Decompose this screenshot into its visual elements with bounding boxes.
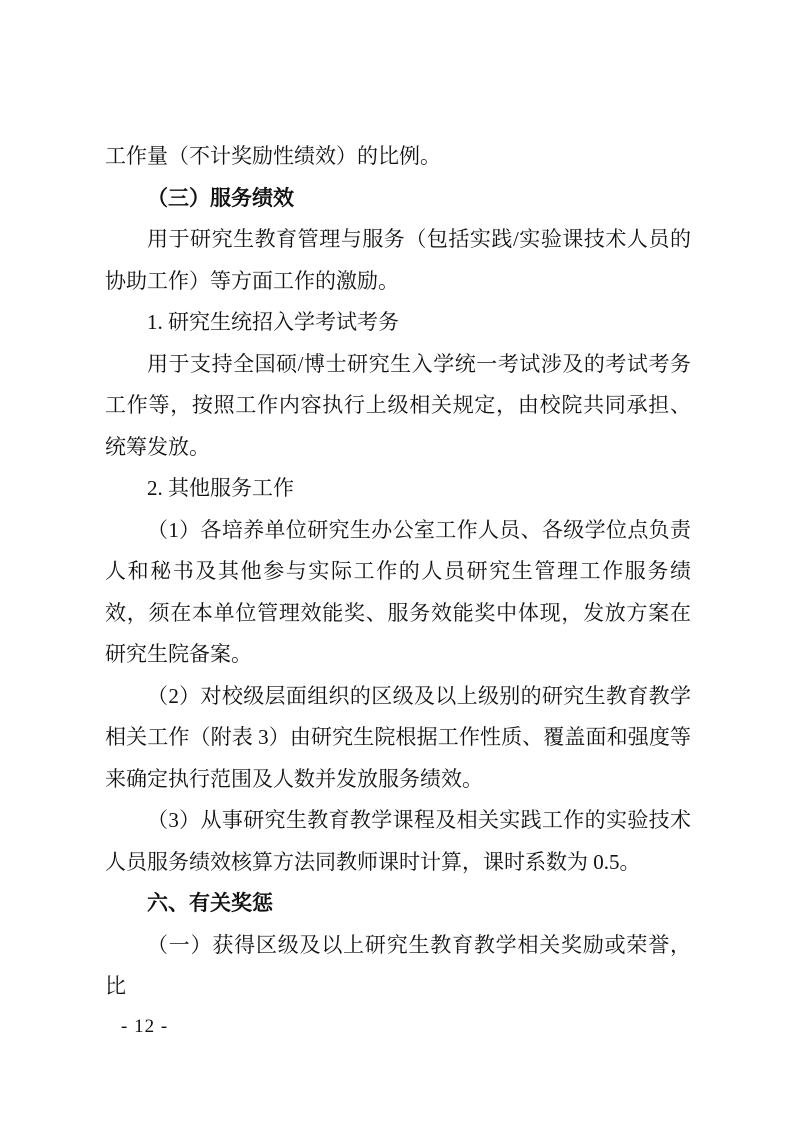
paragraph-list-item-1: 1. 研究生统招入学考试考务 (105, 302, 691, 344)
section-heading-rewards-penalties: 六、有关奖惩 (105, 883, 691, 925)
paragraph-sub-item-3: （3）从事研究生教育教学课程及相关实践工作的实验技术人员服务绩效核算方法同教师课… (105, 800, 691, 883)
paragraph-list-item-2: 2. 其他服务工作 (105, 468, 691, 510)
paragraph-sub-item-2: （2）对校级层面组织的区级及以上级别的研究生教育教学相关工作（附表 3）由研究生… (105, 676, 691, 801)
section-heading-service-performance: （三）服务绩效 (105, 178, 691, 220)
paragraph-continuation: 工作量（不计奖励性绩效）的比例。 (105, 136, 691, 178)
page-number: - 12 - (121, 1013, 168, 1041)
page-body: 工作量（不计奖励性绩效）的比例。 （三）服务绩效 用于研究生教育管理与服务（包括… (105, 136, 691, 1008)
document-page: 工作量（不计奖励性绩效）的比例。 （三）服务绩效 用于研究生教育管理与服务（包括… (0, 0, 793, 1122)
paragraph: （一）获得区级及以上研究生教育教学相关奖励或荣誉，比 (105, 925, 691, 1008)
paragraph-sub-item-1: （1）各培养单位研究生办公室工作人员、各级学位点负责人和秘书及其他参与实际工作的… (105, 510, 691, 676)
paragraph: 用于研究生教育管理与服务（包括实践/实验课技术人员的协助工作）等方面工作的激励。 (105, 219, 691, 302)
paragraph: 用于支持全国硕/博士研究生入学统一考试涉及的考试考务工作等，按照工作内容执行上级… (105, 344, 691, 469)
